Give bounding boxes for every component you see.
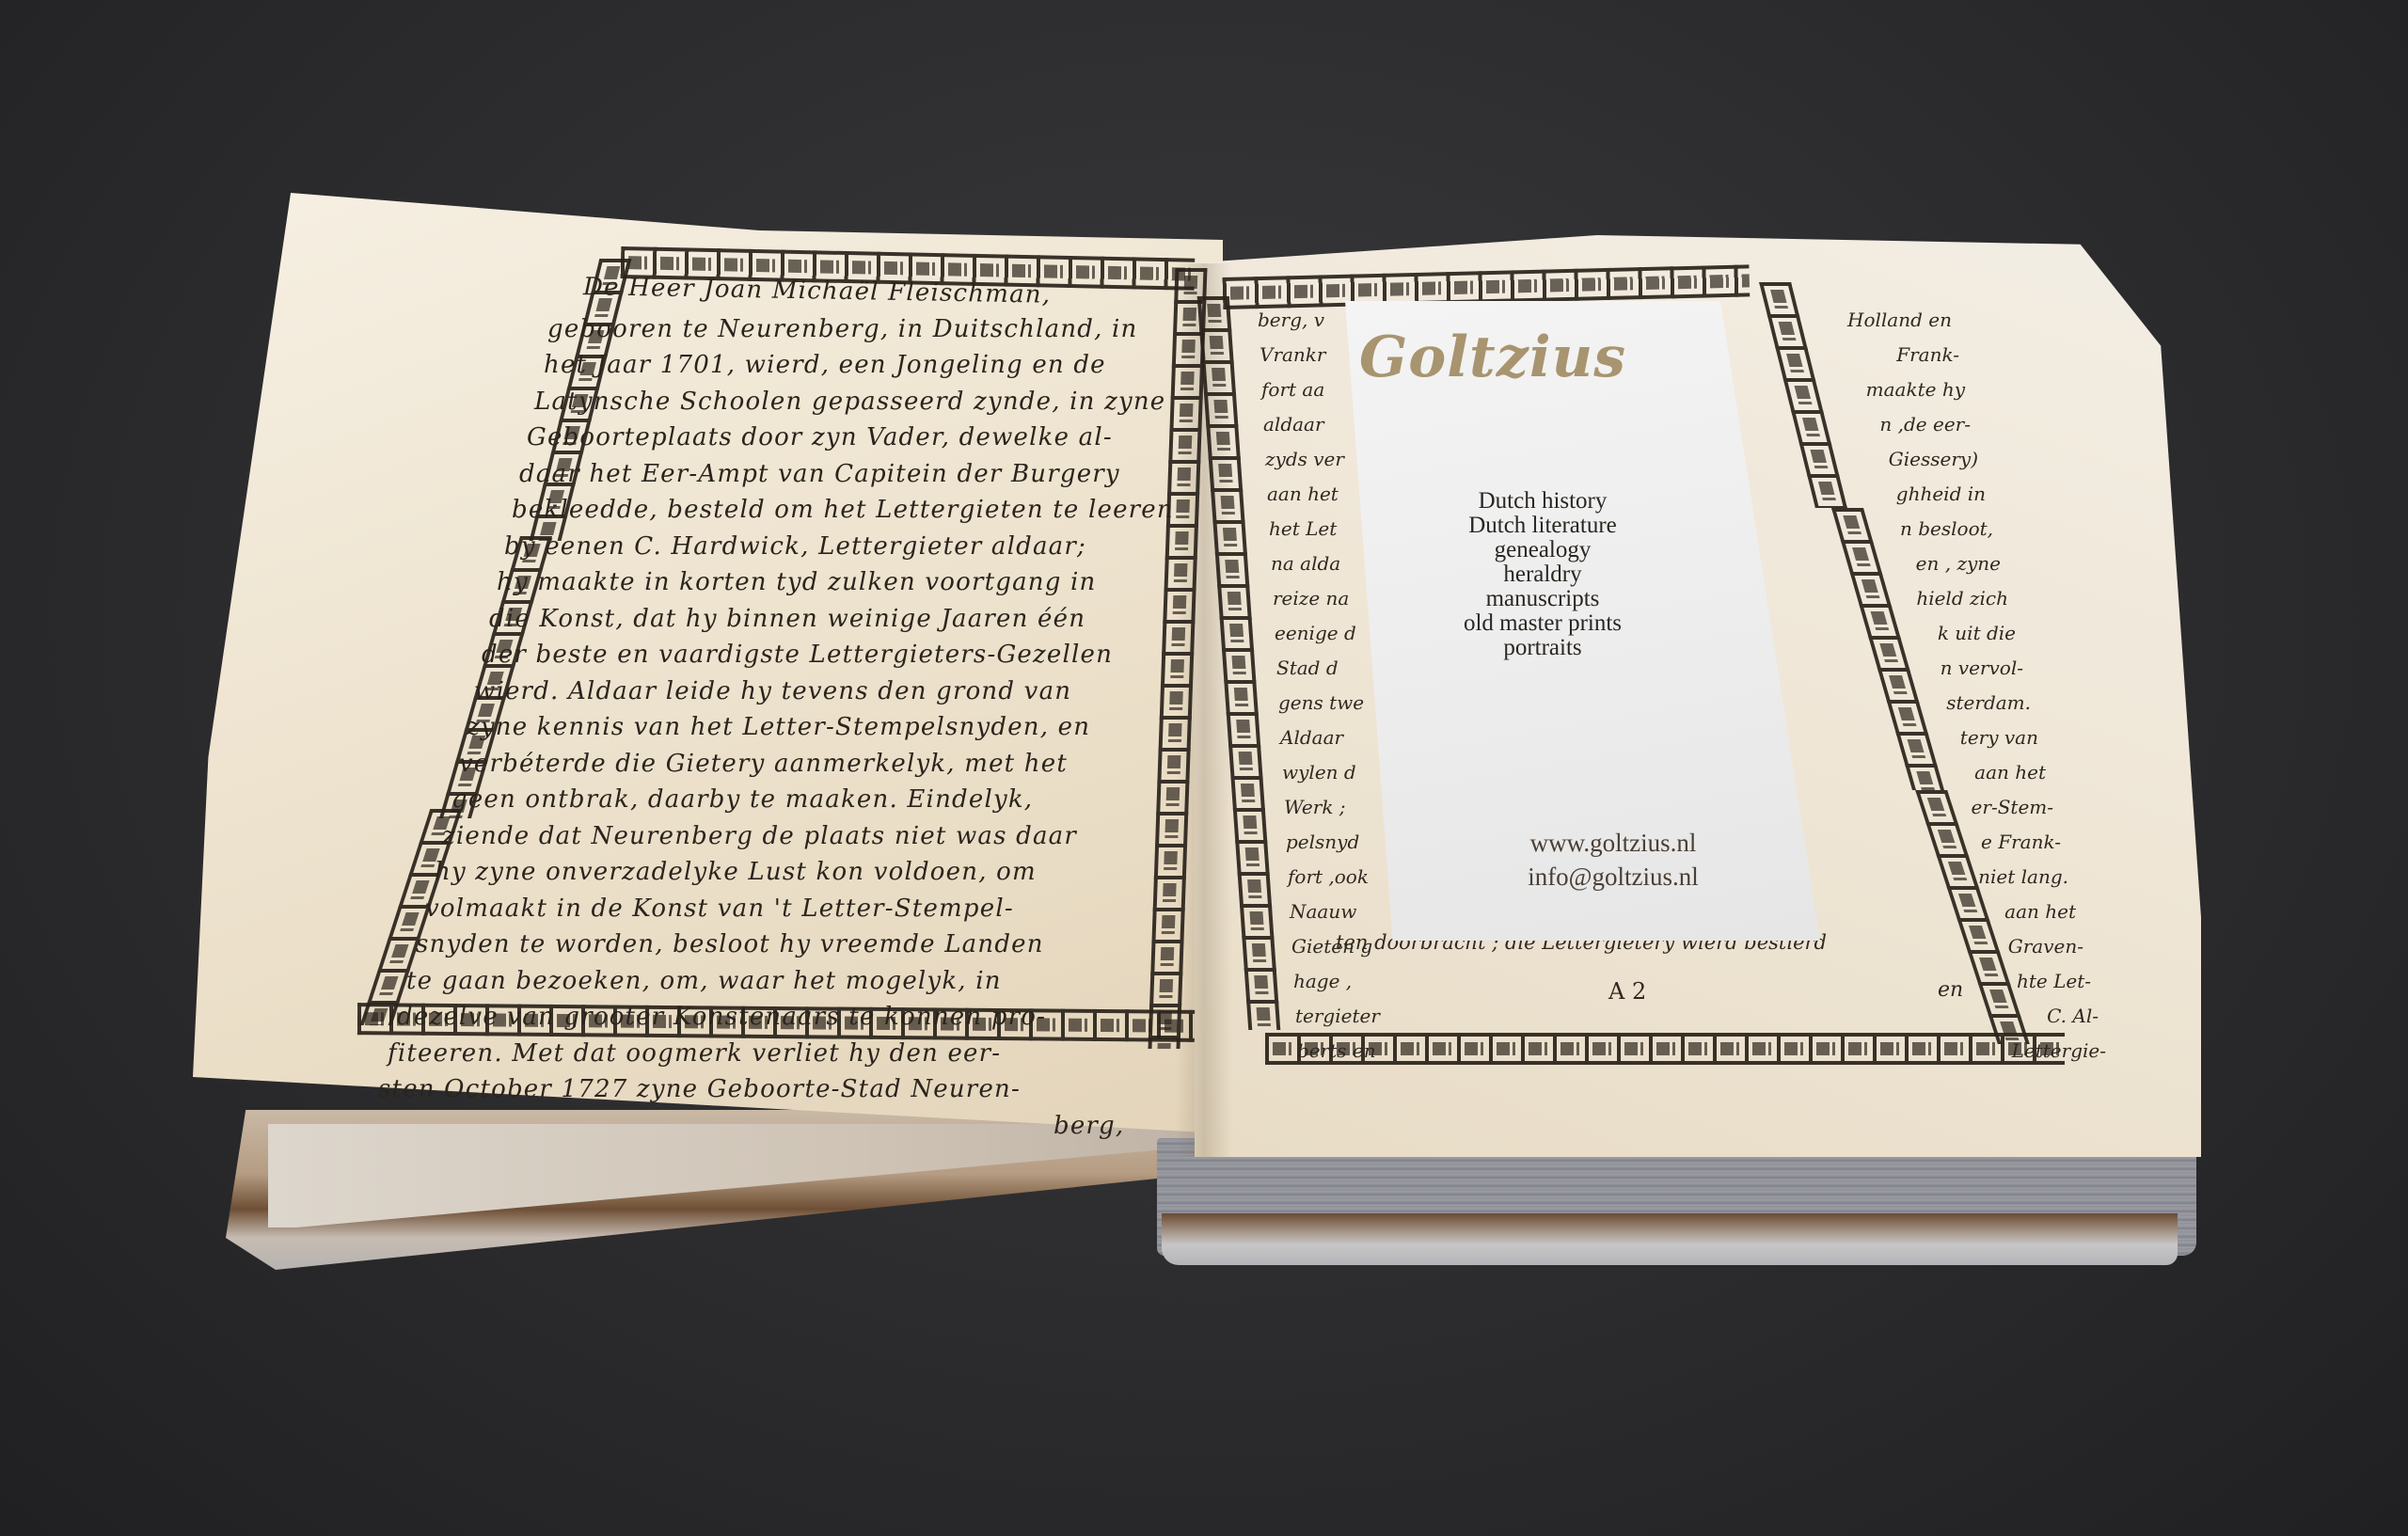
text-line: hage ,	[1293, 964, 1380, 999]
text-line: Stad d	[1276, 651, 1380, 686]
text-line: C. Al-	[1651, 999, 2099, 1034]
right-cover-edge	[1162, 1213, 2178, 1265]
text-line: verbéterde die Gietery aanmerkelyk, met …	[459, 746, 1099, 783]
topic-item: manuscripts	[1387, 587, 1698, 611]
text-line: berg,	[1053, 1108, 1693, 1145]
text-line: volmaakt in de Konst van 't Letter-Stemp…	[425, 891, 1065, 927]
text-line: wylen d	[1282, 755, 1380, 790]
topic-item: old master prints	[1387, 611, 1698, 636]
text-line: Naauw	[1290, 895, 1380, 929]
text-line: gens twe	[1278, 686, 1380, 720]
topic-item: Dutch history	[1387, 489, 1698, 514]
text-line: hte Let-	[1651, 964, 2091, 999]
text-line: bekleedde, besteld om het Lettergieten t…	[512, 492, 1151, 529]
goltzius-logo: Goltzius	[1359, 325, 1626, 390]
bookmark-topics: Dutch history Dutch literature genealogy…	[1387, 489, 1698, 660]
text-line: te gaan bezoeken, om, waar het mogelyk, …	[406, 963, 1046, 1000]
text-line: tergieter	[1295, 999, 1380, 1034]
text-line: wierd. Aldaar leide hy tevens den grond …	[474, 673, 1114, 710]
text-line: Aldaar	[1280, 720, 1380, 755]
email-text: info@goltzius.nl	[1444, 860, 1782, 894]
text-line: hy zyne onverzadelyke Lust kon voldoen, …	[435, 854, 1074, 891]
text-line: die Konst, dat hy binnen weinige Jaaren …	[489, 601, 1129, 638]
text-line: snyden te worden, besloot hy vreemde Lan…	[416, 926, 1055, 963]
text-line: hy maakte in korten tyd zulken voortgang…	[497, 564, 1136, 601]
text-line: berts en	[1297, 1034, 1380, 1069]
bookmark-contact: www.goltzius.nl info@goltzius.nl	[1444, 826, 1782, 894]
text-line: by eenen C. Hardwick, Lettergieter aldaa…	[504, 529, 1144, 565]
text-line: Werk ;	[1284, 790, 1380, 825]
text-line: Geboorteplaats door zyn Vader, dewelke a…	[527, 420, 1166, 456]
page-signature: A 2	[1608, 978, 1646, 1005]
text-line: Latynsche Schoolen gepasseerd zynde, in …	[534, 384, 1174, 420]
text-line: De Heer Joan Michaël Fleischman,	[583, 269, 1224, 316]
text-line: het Jaar 1701, wierd, een Jongeling en d…	[544, 347, 1183, 384]
topic-item: Dutch literature	[1387, 514, 1698, 538]
catchword: en	[1938, 978, 1963, 1002]
text-line: sten October 1727 zyne Geboorte-Stad Neu…	[378, 1071, 1018, 1108]
topic-item: heraldry	[1387, 562, 1698, 587]
text-line: Lettergie-	[1651, 1034, 2106, 1069]
left-page-text: De Heer Joan Michaël Fleischman, geboore…	[527, 275, 1166, 1144]
text-line: fort ,ook	[1288, 860, 1380, 895]
photo-scene: De Heer Joan Michaël Fleischman, geboore…	[0, 0, 2408, 1536]
text-line: na alda	[1271, 546, 1380, 581]
text-line: der beste en vaardigste Lettergieters-Ge…	[482, 637, 1121, 673]
text-line: dezelve van grooter Konstenaars te konne…	[397, 999, 1037, 1036]
website-text: www.goltzius.nl	[1444, 826, 1782, 860]
text-line: ziende dat Neurenberg de plaats niet was…	[442, 818, 1082, 855]
text-line: gebooren te Neurenberg, in Duitschland, …	[547, 311, 1187, 348]
text-line: reize na	[1273, 581, 1380, 616]
topic-item: genealogy	[1387, 538, 1698, 562]
text-line: daar het Eer-Ampt van Capitein der Burge…	[519, 456, 1159, 493]
text-line: fiteeren. Met dat oogmerk verliet hy den…	[388, 1036, 1027, 1072]
text-line: zyne kennis van het Letter-Stempelsnyden…	[467, 709, 1106, 746]
text-line: eenige d	[1275, 616, 1380, 651]
topic-item: portraits	[1387, 636, 1698, 660]
text-line: pelsnyd	[1286, 825, 1380, 860]
text-line: geen ontbrak, daarby te maaken. Eindelyk…	[451, 782, 1091, 818]
